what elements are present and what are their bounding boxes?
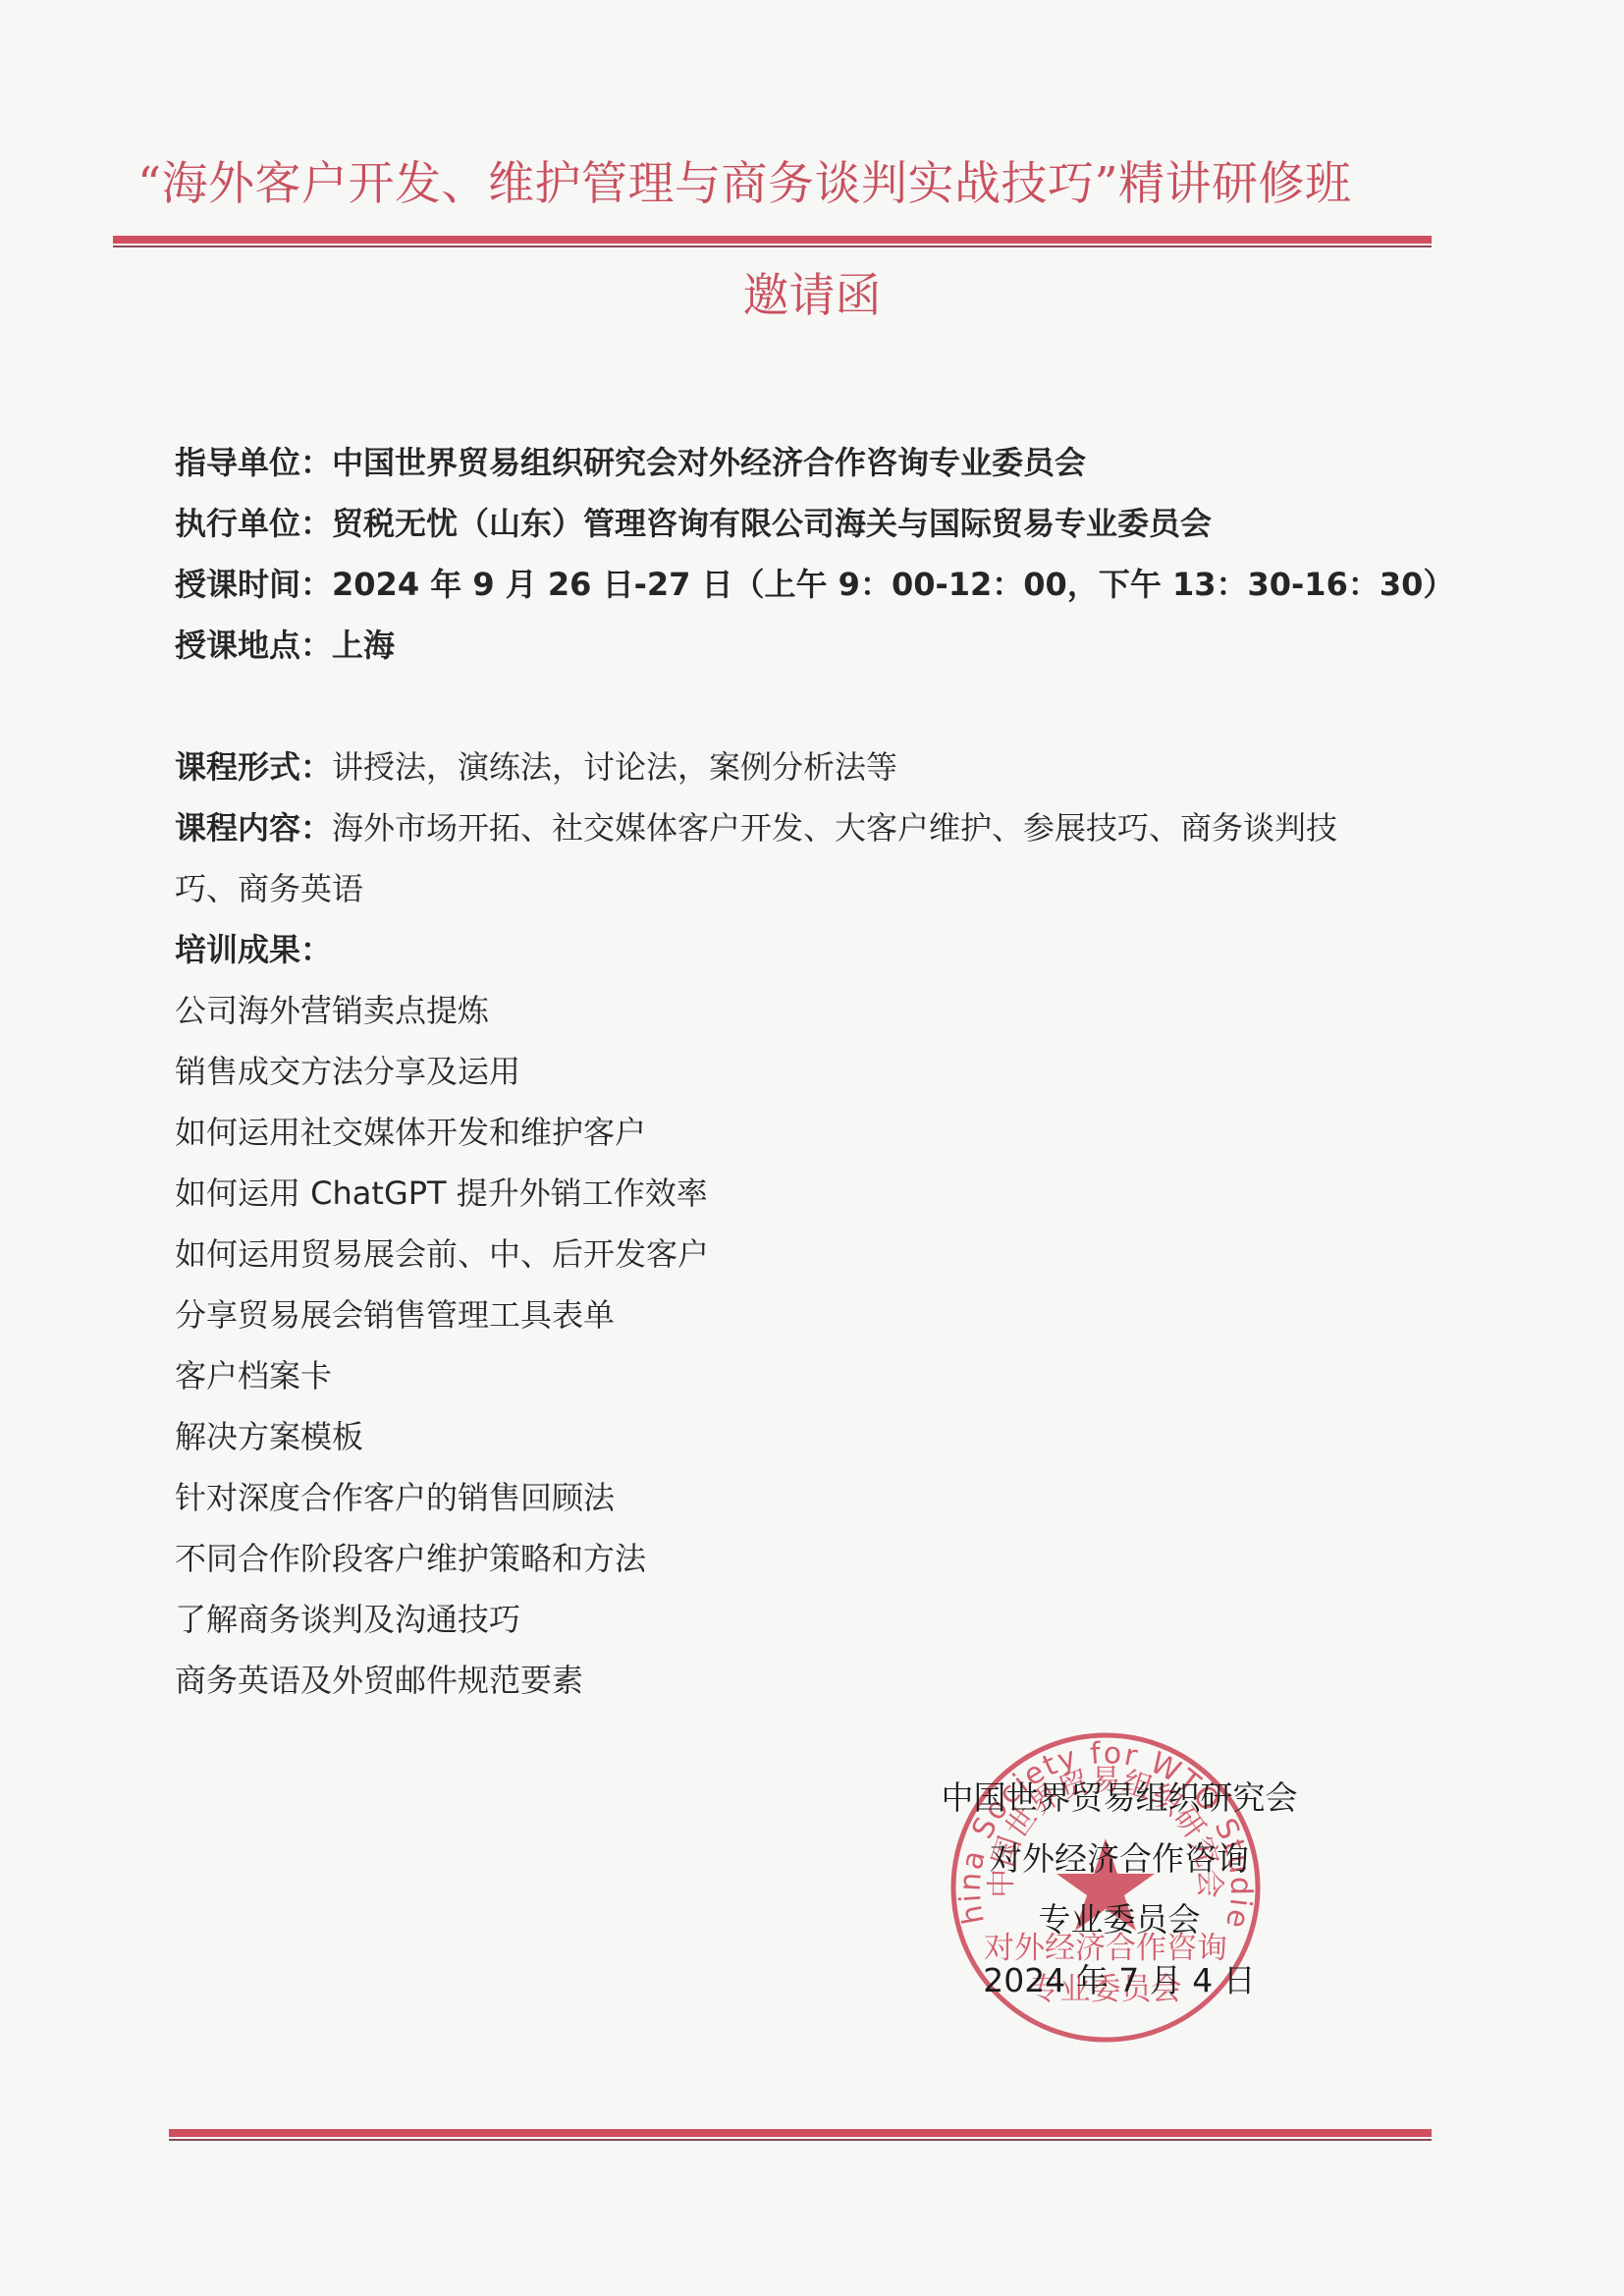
document-body: 指导单位：中国世界贸易组织研究会对外经济合作咨询专业委员会 执行单位：贸税无忧（…: [175, 432, 1441, 1711]
footer-divider-thick: [169, 2129, 1432, 2137]
outcome-item: 商务英语及外贸邮件规范要素: [175, 1650, 1441, 1711]
outcome-item: 公司海外营销卖点提炼: [175, 980, 1441, 1041]
course-content-row: 课程内容：海外市场开拓、社交媒体客户开发、大客户维护、参展技巧、商务谈判技: [175, 797, 1441, 858]
spacer: [175, 676, 1441, 737]
document-title: “海外客户开发、维护管理与商务谈判实战技巧”精讲研修班: [137, 153, 1434, 216]
guiding-unit-row: 指导单位：中国世界贸易组织研究会对外经济合作咨询专业委员会: [175, 432, 1441, 493]
executing-unit-label: 执行单位：: [175, 505, 332, 542]
course-content-continuation: 巧、商务英语: [175, 858, 1441, 919]
document-subtitle: 邀请函: [0, 267, 1624, 326]
outcome-item: 了解商务谈判及沟通技巧: [175, 1589, 1441, 1650]
signature-org-line2: 对外经济合作咨询: [923, 1829, 1316, 1889]
course-format-row: 课程形式：讲授法，演练法，讨论法，案例分析法等: [175, 737, 1441, 797]
signature-org-line3: 专业委员会: [923, 1889, 1316, 1950]
signature-date: 2024 年 7 月 4 日: [923, 1950, 1316, 2011]
outcome-item: 不同合作阶段客户维护策略和方法: [175, 1528, 1441, 1589]
header-divider: [113, 236, 1432, 247]
outcome-item: 客户档案卡: [175, 1345, 1441, 1406]
time-label: 授课时间：: [175, 566, 332, 603]
course-content-label: 课程内容：: [175, 809, 332, 847]
outcomes-label: 培训成果：: [175, 919, 1441, 980]
header-divider-thin: [113, 246, 1432, 247]
location-value: 上海: [332, 627, 395, 664]
outcome-item: 如何运用社交媒体开发和维护客户: [175, 1102, 1441, 1163]
course-format-value: 讲授法，演练法，讨论法，案例分析法等: [332, 748, 897, 786]
outcome-item: 如何运用贸易展会前、中、后开发客户: [175, 1224, 1441, 1285]
invitation-letter-page: “海外客户开发、维护管理与商务谈判实战技巧”精讲研修班 邀请函 指导单位：中国世…: [0, 0, 1624, 2296]
location-label: 授课地点：: [175, 627, 332, 664]
executing-unit-value: 贸税无忧（山东）管理咨询有限公司海关与国际贸易专业委员会: [332, 505, 1212, 542]
footer-divider-thin: [169, 2139, 1432, 2141]
signature-block: 中国世界贸易组织研究会 对外经济合作咨询 专业委员会 2024 年 7 月 4 …: [923, 1768, 1316, 2011]
course-content-value: 海外市场开拓、社交媒体客户开发、大客户维护、参展技巧、商务谈判技: [332, 809, 1337, 847]
outcome-item: 解决方案模板: [175, 1406, 1441, 1467]
header-divider-thick: [113, 236, 1432, 244]
time-value: 2024 年 9 月 26 日-27 日（上午 9：00-12：00，下午 13…: [332, 566, 1454, 603]
footer-divider: [169, 2129, 1432, 2141]
signature-org-line1: 中国世界贸易组织研究会: [923, 1768, 1316, 1829]
course-format-label: 课程形式：: [175, 748, 332, 786]
subtitle-char: 函: [836, 269, 911, 323]
guiding-unit-label: 指导单位：: [175, 444, 332, 481]
guiding-unit-value: 中国世界贸易组织研究会对外经济合作咨询专业委员会: [332, 444, 1086, 481]
location-row: 授课地点：上海: [175, 615, 1441, 676]
outcome-item: 针对深度合作客户的销售回顾法: [175, 1467, 1441, 1528]
outcomes-list: 公司海外营销卖点提炼 销售成交方法分享及运用 如何运用社交媒体开发和维护客户 如…: [175, 980, 1441, 1711]
outcome-item: 销售成交方法分享及运用: [175, 1041, 1441, 1102]
executing-unit-row: 执行单位：贸税无忧（山东）管理咨询有限公司海关与国际贸易专业委员会: [175, 493, 1441, 554]
outcome-item: 如何运用 ChatGPT 提升外销工作效率: [175, 1163, 1441, 1224]
time-row: 授课时间：2024 年 9 月 26 日-27 日（上午 9：00-12：00，…: [175, 554, 1441, 615]
outcome-item: 分享贸易展会销售管理工具表单: [175, 1285, 1441, 1345]
